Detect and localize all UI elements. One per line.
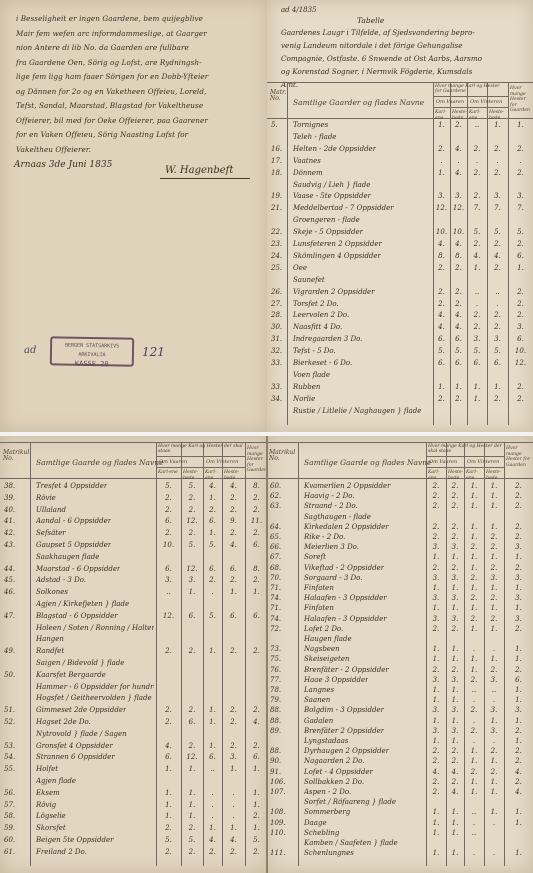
matr-number: 68. bbox=[270, 564, 281, 572]
table-row: Saigen / Bidevold } flade bbox=[0, 659, 268, 671]
value-4: . bbox=[484, 696, 504, 704]
header-col3: Karl-ene bbox=[466, 470, 483, 482]
table-heading: Tabelle bbox=[357, 16, 384, 25]
value-2: 1. bbox=[445, 686, 465, 694]
farm-name: Norlie bbox=[293, 395, 315, 403]
group-header-rule bbox=[426, 456, 504, 457]
value-3: 1. bbox=[464, 655, 484, 663]
value-5: . bbox=[511, 157, 531, 165]
farm-name: Skeiseigeten bbox=[304, 655, 349, 663]
table-row: 44.Maarstad - 6 Oppsidder6.12.6.6.8. bbox=[0, 565, 268, 577]
farm-name: Langnes bbox=[304, 686, 334, 694]
matr-number: 62. bbox=[270, 492, 281, 500]
value-5: 3. bbox=[511, 323, 531, 331]
value-5: 2. bbox=[511, 300, 531, 308]
header-col4: Heste-bede bbox=[224, 470, 244, 482]
value-4: 1. bbox=[488, 383, 508, 391]
value-5: 2. bbox=[247, 742, 267, 750]
matr-number: 25. bbox=[271, 264, 282, 272]
table-row: 41.Aandal - 6 Oppsidder6.12.6.9.11. bbox=[0, 517, 268, 529]
value-3: 1. bbox=[464, 778, 484, 786]
table-row: 106.Sollbakken 2 Do.2.2.1.1.2. bbox=[266, 778, 533, 788]
matr-number: 23. bbox=[271, 240, 282, 248]
value-4: 1. bbox=[484, 584, 504, 592]
value-5: 2. bbox=[247, 506, 267, 514]
matr-number: 5. bbox=[271, 121, 278, 129]
farm-name: Gronsfet 4 Oppsidder bbox=[36, 742, 113, 750]
matr-number: 17. bbox=[271, 157, 282, 165]
table-row: Saunefet bbox=[267, 276, 533, 288]
group-header-rule bbox=[433, 96, 508, 97]
table-row: 71.Finfaten1.1.1.1.1. bbox=[266, 584, 533, 594]
matr-number: 73. bbox=[270, 645, 281, 653]
value-4: 1. bbox=[484, 553, 504, 561]
value-5: 6. bbox=[511, 252, 531, 260]
value-5: 6. bbox=[509, 676, 529, 684]
value-5: 1. bbox=[247, 801, 267, 809]
value-3: 1. bbox=[464, 625, 484, 633]
value-4: 1. bbox=[488, 121, 508, 129]
header-col5: Hvor mange Hester for Gaarden bbox=[510, 86, 532, 114]
farm-name: Lofet - 4 Oppsidder bbox=[304, 768, 373, 776]
value-2: 1. bbox=[182, 812, 202, 820]
archive-stamp: BERGEN STATSARKIVS ARKIVALIA KASSE 20 bbox=[50, 336, 134, 366]
value-2: 2. bbox=[445, 523, 465, 531]
sub-header-rule bbox=[156, 467, 245, 468]
table-row: 91.Lofet - 4 Oppsidder4.4.2.2.4. bbox=[266, 768, 533, 778]
matr-number: 63. bbox=[270, 502, 281, 510]
value-1: 2. bbox=[159, 647, 179, 655]
header-spring: Om Vaaren bbox=[429, 459, 457, 465]
matr-number: 89. bbox=[270, 727, 281, 735]
title-line: og Korenstad Sogner, i Nermvik Fögderie,… bbox=[281, 67, 472, 76]
value-1: 6. bbox=[159, 753, 179, 761]
value-1: 2. bbox=[426, 625, 446, 633]
group-header-rule bbox=[156, 456, 245, 457]
matr-number: 50. bbox=[4, 671, 15, 679]
header-winter: Om Vinteren bbox=[467, 459, 499, 465]
value-1: 4. bbox=[426, 768, 446, 776]
table-row: 60.Kvamerlien 2 Oppsidder2.2.1.1.2. bbox=[266, 482, 533, 492]
matr-number: 57. bbox=[4, 801, 15, 809]
value-1: 2. bbox=[159, 824, 179, 832]
value-3: 2. bbox=[467, 311, 487, 319]
value-2: 4. bbox=[445, 768, 465, 776]
value-3: 1. bbox=[203, 647, 223, 655]
value-2: 1. bbox=[445, 819, 465, 827]
matr-number: 27. bbox=[271, 300, 282, 308]
book-gutter bbox=[266, 436, 268, 873]
value-4: . bbox=[224, 801, 244, 809]
table-row: 62.Haavig - 2 Do.2.2.1.1.2. bbox=[266, 492, 533, 502]
value-1: 2. bbox=[426, 502, 446, 510]
matr-number: 26. bbox=[271, 288, 282, 296]
letter-line: for en Vaken Offeieu, Sörig Naasting Lof… bbox=[16, 130, 188, 139]
matr-number: 88. bbox=[270, 747, 281, 755]
header-col3: Karl-ene bbox=[205, 470, 221, 482]
matr-number: 54. bbox=[4, 753, 15, 761]
value-5: 2. bbox=[511, 169, 531, 177]
value-2: 5. bbox=[449, 347, 469, 355]
value-3: . bbox=[464, 819, 484, 827]
table-row: Teleh - flade bbox=[267, 133, 533, 145]
value-4: . bbox=[484, 645, 504, 653]
value-5: 2. bbox=[247, 848, 267, 856]
header-group: Hvor mange Karl og Hester for Gaardene bbox=[435, 84, 506, 94]
farm-name: Finfaten bbox=[304, 584, 334, 592]
value-4: 1. bbox=[484, 717, 504, 725]
farm-name: Rubben bbox=[293, 383, 320, 391]
value-3: 1. bbox=[464, 666, 484, 674]
value-3: 1. bbox=[464, 492, 484, 500]
value-2: 2. bbox=[449, 264, 469, 272]
value-4: 2. bbox=[224, 647, 244, 655]
matr-number: 34. bbox=[271, 395, 282, 403]
value-4: 2. bbox=[488, 169, 508, 177]
matr-number: 71. bbox=[270, 584, 281, 592]
farm-name: Tefst - 5 Do. bbox=[293, 347, 336, 355]
farm-name: Brenfäter - 2 Oppsidder bbox=[304, 666, 389, 674]
letter-line: Tefst, Sandal, Maarstad, Blagstad for Va… bbox=[16, 101, 203, 110]
letter-line: i Besseligheit er ingen Gaardene, bem qu… bbox=[16, 14, 203, 23]
value-3: 4. bbox=[203, 482, 223, 490]
value-4: 1. bbox=[224, 588, 244, 596]
value-2: 2. bbox=[445, 778, 465, 786]
value-5: 1. bbox=[509, 808, 529, 816]
table-row: 64.Kirkedalen 2 Oppsidder2.2.1.1.2. bbox=[266, 523, 533, 533]
table-row: 31.Indregaarden 3 Do.6.6.3.3.6. bbox=[267, 335, 533, 347]
matr-number: 107. bbox=[270, 788, 286, 796]
value-2: 2. bbox=[445, 502, 465, 510]
table-row: Agjen / Kirkefjeten } flade bbox=[0, 600, 268, 612]
value-5: 5. bbox=[511, 228, 531, 236]
value-3: 2. bbox=[464, 706, 484, 714]
farm-name: Straand - 2 Do. bbox=[304, 502, 358, 510]
table-top-rule bbox=[0, 442, 268, 443]
farm-name: Hogsfet / Geitheervolden } flade bbox=[36, 694, 152, 702]
value-1: 1. bbox=[426, 717, 446, 725]
value-2: 2. bbox=[182, 494, 202, 502]
value-1: 2. bbox=[159, 494, 179, 502]
matr-number: 39. bbox=[4, 494, 15, 502]
table-row: 24.Skömlingen 4 Oppsidder8.8.4.4.6. bbox=[267, 252, 533, 264]
matr-number: 55. bbox=[4, 765, 15, 773]
matr-number: 71. bbox=[270, 604, 281, 612]
value-4: 4. bbox=[488, 252, 508, 260]
value-1: 3. bbox=[426, 727, 446, 735]
title-line: Gaardenes Laugr i Tilfelde, af Sjedsvand… bbox=[281, 28, 475, 37]
matr-number: 31. bbox=[271, 335, 282, 343]
value-5: 1. bbox=[509, 737, 529, 745]
header-col2: Heste-bede bbox=[448, 470, 463, 482]
value-2: 3. bbox=[445, 594, 465, 602]
value-3: . bbox=[203, 812, 223, 820]
value-3: 2. bbox=[464, 543, 484, 551]
value-4: 2. bbox=[484, 543, 504, 551]
value-1: 2. bbox=[426, 533, 446, 541]
table-row: 78.Langnes1.1.....1. bbox=[266, 686, 533, 696]
value-2: 4. bbox=[449, 323, 469, 331]
value-5: 1. bbox=[509, 686, 529, 694]
value-3: 2. bbox=[464, 768, 484, 776]
farm-name: Aspen - 2 Do. bbox=[304, 788, 351, 796]
farm-name: Sagthaugen - flade bbox=[304, 513, 371, 521]
value-4: 7. bbox=[488, 204, 508, 212]
table-row: 16.Helten - 2de Oppsidder2.4.2.2.2. bbox=[267, 145, 533, 157]
value-5: 1. bbox=[247, 765, 267, 773]
value-5: 4. bbox=[247, 718, 267, 726]
value-2: 2. bbox=[445, 625, 465, 633]
farm-name: Skorsfet bbox=[36, 824, 66, 832]
value-3: 2. bbox=[203, 576, 223, 584]
value-2: 4. bbox=[445, 788, 465, 796]
table-row: 33.Bierkeset - 6 Do.6.6.6.6.12. bbox=[267, 359, 533, 371]
value-1: 1. bbox=[426, 696, 446, 704]
matr-number: 90. bbox=[270, 757, 281, 765]
value-4: 5. bbox=[488, 347, 508, 355]
farm-name: Sorfet / Röfaareng } flade bbox=[304, 798, 396, 806]
header-matr-no: Matr. No. bbox=[270, 90, 286, 102]
value-1: 3. bbox=[426, 594, 446, 602]
matr-number: 53. bbox=[4, 742, 15, 750]
folio-number: 121 bbox=[142, 345, 165, 359]
value-3: 2. bbox=[467, 145, 487, 153]
value-1: 1. bbox=[426, 808, 446, 816]
value-4: . bbox=[224, 789, 244, 797]
farm-name: Gimmeset 2de Oppsidder bbox=[36, 706, 126, 714]
farm-name: Voen flade bbox=[293, 371, 330, 379]
value-3: 2. bbox=[464, 615, 484, 623]
value-4: 1. bbox=[224, 765, 244, 773]
value-2: 3. bbox=[445, 676, 465, 684]
value-2: 2. bbox=[445, 533, 465, 541]
value-1: 3. bbox=[426, 706, 446, 714]
farm-name: Eksem bbox=[36, 789, 60, 797]
value-2: 1. bbox=[182, 801, 202, 809]
value-3: 6. bbox=[203, 517, 223, 525]
sub-header-rule bbox=[433, 107, 508, 108]
farm-name: Saudvig / Lieh } flade bbox=[293, 181, 370, 189]
value-1: 2. bbox=[426, 788, 446, 796]
value-5: 6. bbox=[511, 335, 531, 343]
farm-name: Solkones bbox=[36, 588, 68, 596]
table-row: Haugen flade bbox=[266, 635, 533, 645]
farm-name: Schebling bbox=[304, 829, 339, 837]
farm-name: Vigrarden 2 Oppsidder bbox=[293, 288, 375, 296]
value-1: 6. bbox=[159, 517, 179, 525]
matr-number: 88. bbox=[270, 706, 281, 714]
table-row: 77.Haae 3 Oppsidder3.3.2.3.6. bbox=[266, 676, 533, 686]
farm-name: Sorgaard - 3 Do. bbox=[304, 574, 362, 582]
table-row: 51.Gimmeset 2de Oppsidder2.2.1.2.2. bbox=[0, 706, 268, 718]
farm-name: Haavig - 2 Do. bbox=[304, 492, 355, 500]
farm-name: Meierlien 3 Do. bbox=[304, 543, 359, 551]
matr-number: 33. bbox=[271, 359, 282, 367]
table-row: 22.Skeje - 5 Oppsidder10.10.5.5.5. bbox=[267, 228, 533, 240]
table-row: 70.Sorgaard - 3 Do.3.3.2.3.3. bbox=[266, 574, 533, 584]
value-5: 2. bbox=[511, 145, 531, 153]
value-3: 2. bbox=[467, 169, 487, 177]
matr-number: 60. bbox=[4, 836, 15, 844]
value-5: 4. bbox=[509, 768, 529, 776]
table-row: 90.Nagaarden 2 Do.2.2.1.1.2. bbox=[266, 757, 533, 767]
table-row: 53.Gronsfet 4 Oppsidder4.2.1.2.2. bbox=[0, 742, 268, 754]
table-row: Sagthaugen - flade bbox=[266, 513, 533, 523]
value-4: 2. bbox=[488, 311, 508, 319]
stamp-line-1: BERGEN STATSARKIVS ARKIVALIA bbox=[52, 341, 132, 360]
farm-name: Rustie / Litlelie / Naghaugen } flade bbox=[293, 407, 421, 415]
letter-line: Offeierer, bil med for Oeke Offeierer, p… bbox=[16, 116, 208, 125]
value-5: 1. bbox=[509, 696, 529, 704]
value-3: 1. bbox=[464, 502, 484, 510]
header-name: Samtlige Gaarde og flades Navne bbox=[36, 460, 164, 466]
matr-number: 33. bbox=[271, 383, 282, 391]
value-1: 2. bbox=[426, 747, 446, 755]
letter-line: Mair fem wefen arc informdammeslige, at … bbox=[16, 29, 207, 38]
value-2: 2. bbox=[445, 564, 465, 572]
value-3: 1. bbox=[203, 718, 223, 726]
value-3: 5. bbox=[467, 228, 487, 236]
value-3: 6. bbox=[203, 753, 223, 761]
table-row: 17.Vaatnes..... bbox=[267, 157, 533, 169]
matr-number: 72. bbox=[270, 625, 281, 633]
value-2: 6. bbox=[449, 335, 469, 343]
table-page-1: ad 4/1835 Tabelle Gaardenes Laugr i Tilf… bbox=[267, 0, 533, 432]
table-row: 25.Oee2.2.1.2.1. bbox=[267, 264, 533, 276]
table-row: 47.Blagstad - 6 Oppsidder12.6.5.6.6. bbox=[0, 612, 268, 624]
value-2: 2. bbox=[445, 666, 465, 674]
value-5: 2. bbox=[509, 625, 529, 633]
value-2: 2. bbox=[445, 747, 465, 755]
table-row: 88.Gadalen1.1..1.1. bbox=[266, 717, 533, 727]
header-col1: Karl-ene bbox=[428, 470, 445, 482]
value-4: 2. bbox=[224, 742, 244, 750]
table-row: Saudvig / Lieh } flade bbox=[267, 181, 533, 193]
table-row: 57.Rövig1.1...1. bbox=[0, 801, 268, 813]
table-row: 74.Halaafen - 3 Oppsidder3.3.2.2.3. bbox=[266, 615, 533, 625]
value-3: .. bbox=[203, 765, 223, 773]
header-matr-no: Matrikul No. bbox=[3, 450, 29, 462]
value-5: 2. bbox=[511, 240, 531, 248]
value-4: 6. bbox=[224, 612, 244, 620]
header-group: Hvor mange Karl og Hester der skal staae bbox=[428, 444, 502, 454]
matr-number: 76. bbox=[270, 666, 281, 674]
matr-number: 79. bbox=[270, 696, 281, 704]
matr-number: 22. bbox=[271, 228, 282, 236]
table-row: 111.Schenlungnes1.1...1. bbox=[266, 849, 533, 859]
value-4: 2. bbox=[484, 666, 504, 674]
value-4: 1. bbox=[484, 523, 504, 531]
value-2: 1. bbox=[445, 696, 465, 704]
table-row: 60.Beigen 5te Oppsidder5.5.4.4.5. bbox=[0, 836, 268, 848]
value-4: . bbox=[484, 737, 504, 745]
value-4: 6. bbox=[224, 565, 244, 573]
value-1: 1. bbox=[426, 584, 446, 592]
value-2: 1. bbox=[445, 645, 465, 653]
value-5: 3. bbox=[509, 706, 529, 714]
value-4: 4. bbox=[224, 541, 244, 549]
table-row: 26.Vigrarden 2 Oppsidder2.2.....2. bbox=[267, 288, 533, 300]
value-2: 1. bbox=[445, 849, 465, 857]
matr-number: 24. bbox=[271, 252, 282, 260]
value-3: . bbox=[467, 157, 487, 165]
value-1: 2. bbox=[426, 523, 446, 531]
table-row: 76.Brenfäter - 2 Oppsidder2.2.1.2.2. bbox=[266, 666, 533, 676]
value-2: 3. bbox=[445, 543, 465, 551]
value-4: 3. bbox=[484, 574, 504, 582]
value-3: 2. bbox=[467, 192, 487, 200]
value-4: 2. bbox=[224, 718, 244, 726]
value-3: 4. bbox=[203, 836, 223, 844]
value-1: 2. bbox=[159, 529, 179, 537]
value-5: 1. bbox=[511, 121, 531, 129]
table-row: 73.Nagsbeen1.1...1. bbox=[266, 645, 533, 655]
farm-name: Bierkeset - 6 Do. bbox=[293, 359, 352, 367]
value-1: 2. bbox=[159, 706, 179, 714]
value-1: 1. bbox=[426, 829, 446, 837]
value-2: 3. bbox=[182, 576, 202, 584]
value-4: 2. bbox=[484, 594, 504, 602]
table-row: Rustie / Litlelie / Naghaugen } flade bbox=[267, 407, 533, 419]
farm-name: Hammer - 6 Oppsidder for hundrede bbox=[36, 683, 154, 691]
letter-line: fra Gaardene Oen, Sörig og Lofst, are Ry… bbox=[16, 58, 202, 67]
farm-name: Saanen bbox=[304, 696, 330, 704]
table-row: 18.Dönnem1.4.2.2.2. bbox=[267, 169, 533, 181]
value-4: 2. bbox=[224, 506, 244, 514]
farm-name: Nytrovold } flade / Sagen bbox=[36, 730, 127, 738]
table-row: 68.Vikeftad - 2 Oppsidder2.2.1.2.2. bbox=[266, 564, 533, 574]
farm-name: Blagstad - 6 Oppsidder bbox=[36, 612, 118, 620]
value-5: 2. bbox=[509, 757, 529, 765]
value-1: 5. bbox=[159, 836, 179, 844]
farm-name: Lögselie bbox=[36, 812, 66, 820]
matr-number: 64. bbox=[270, 523, 281, 531]
value-2: 2. bbox=[182, 506, 202, 514]
value-5: 2. bbox=[509, 778, 529, 786]
value-5: 2. bbox=[247, 812, 267, 820]
value-3: 1. bbox=[467, 395, 487, 403]
table-row: 54.Strannen 6 Oppsidder6.12.6.3.6. bbox=[0, 753, 268, 765]
table-row: 89.Brenfäter 2 Oppsidder3.3.2.3.2. bbox=[266, 727, 533, 737]
value-3: 5. bbox=[203, 541, 223, 549]
farm-name: Sollbakken 2 Do. bbox=[304, 778, 364, 786]
value-2: 4. bbox=[449, 311, 469, 319]
value-5: 1. bbox=[509, 584, 529, 592]
value-2: 6. bbox=[449, 359, 469, 367]
farm-name: Freiland 2 Do. bbox=[36, 848, 87, 856]
farm-name: Bolgdim - 3 Oppsidder bbox=[304, 706, 384, 714]
value-5: 7. bbox=[511, 204, 531, 212]
value-3: .. bbox=[464, 686, 484, 694]
farm-name: Agjen flade bbox=[36, 777, 76, 785]
value-4: 2. bbox=[484, 564, 504, 572]
value-3: 2. bbox=[203, 506, 223, 514]
value-3: 1. bbox=[464, 523, 484, 531]
matr-number: 108. bbox=[270, 808, 286, 816]
value-5: 1. bbox=[509, 604, 529, 612]
farm-name: Skeje - 5 Oppsidder bbox=[293, 228, 363, 236]
value-4: 3. bbox=[488, 335, 508, 343]
farm-name: Hagset 2de Do. bbox=[36, 718, 91, 726]
value-5: 1. bbox=[511, 264, 531, 272]
value-2: 1. bbox=[445, 737, 465, 745]
farm-name: Halaafen - 3 Oppsidder bbox=[304, 594, 387, 602]
farm-name: Indregaarden 3 Do. bbox=[293, 335, 362, 343]
value-5: 6. bbox=[247, 753, 267, 761]
value-4: 2. bbox=[224, 529, 244, 537]
value-3: 4. bbox=[467, 252, 487, 260]
table-page-2: Matrikul No.Samtlige Gaarde og flades Na… bbox=[0, 436, 268, 873]
